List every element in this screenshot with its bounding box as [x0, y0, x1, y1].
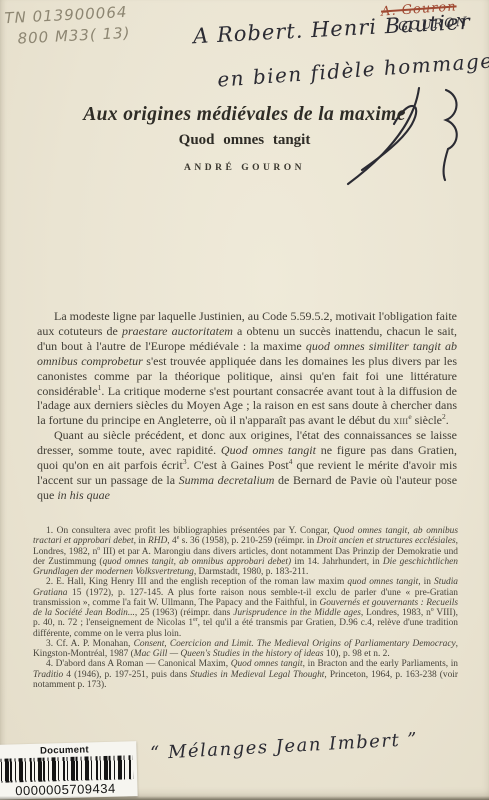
body-text: La modeste ligne par laquelle Justinien,… — [37, 309, 457, 503]
scanned-page: TN 013900064 800 M33( 13) A. Gouron GOUR… — [0, 0, 489, 800]
dedication-line-1: A Robert. Henri Bautier — [193, 10, 472, 49]
barcode-icon — [0, 755, 133, 783]
paragraph: La modeste ligne par laquelle Justinien,… — [37, 309, 457, 428]
author-name: ANDRÉ GOURON — [0, 163, 489, 173]
library-call-number: TN 013900064 800 M33( 13) — [4, 2, 131, 50]
article-subtitle: Quod omnes tangit — [0, 132, 489, 149]
footnote-4: 4. D'abord dans A Roman — Canonical Maxi… — [33, 659, 458, 690]
barcode-number: 0000005709434 — [0, 779, 138, 799]
footnote-3: 3. Cf. A. P. Monahan, Consent, Coercicio… — [33, 639, 458, 660]
barcode-label: Document 0000005709434 — [0, 741, 138, 800]
paragraph: Quant au siècle précédent, et donc aux o… — [37, 428, 457, 503]
footnote-1: 1. On consultera avec profit les bibliog… — [33, 526, 458, 577]
call-number-line-2: 800 M33( 13) — [17, 23, 131, 50]
article-title: Aux origines médiévales de la maxime — [0, 104, 489, 126]
footnotes: 1. On consultera avec profit les bibliog… — [33, 526, 458, 690]
footnote-2: 2. E. Hall, King Henry III and the engli… — [33, 577, 458, 639]
bottom-handwritten-note: “ Mélanges Jean Imbert ” — [150, 729, 419, 764]
